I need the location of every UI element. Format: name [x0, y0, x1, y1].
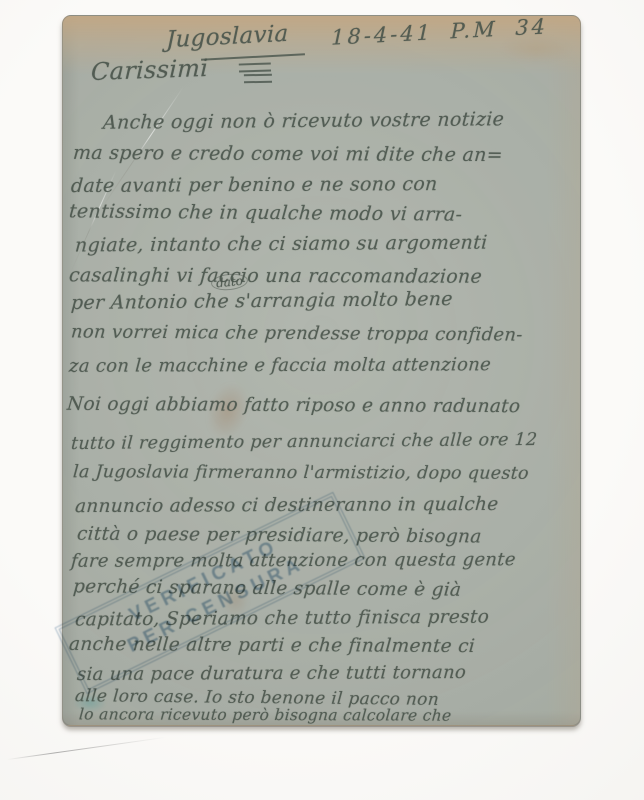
- date-value: 18-4-41: [331, 20, 433, 49]
- handwriting-line: non vorrei mica che prendesse troppa con…: [70, 322, 523, 345]
- handwriting-line: la Jugoslavia firmeranno l'armistizio, d…: [72, 463, 529, 484]
- place-name: Jugoslavia: [166, 21, 289, 53]
- scan-scratch-line: [7, 737, 166, 760]
- handwriting-line: ngiate, intanto che ci siamo su argoment…: [74, 233, 488, 257]
- double-dash-mark: [244, 74, 272, 88]
- handwriting-line: Noi oggi abbiamo fatto riposo e anno rad…: [66, 395, 521, 418]
- handwriting-line: date avanti per benino e ne sono con: [70, 174, 438, 197]
- handwriting-line: lo ancora ricevuto però bisogna calcolar…: [78, 706, 452, 724]
- handwriting-line: Anche oggi non ò ricevuto vostre notizie: [102, 109, 504, 133]
- field-post-number: P.M 34: [450, 14, 548, 43]
- handwriting-line: tentissimo che in qualche modo vi arra-: [68, 201, 463, 225]
- handwriting-line: tutto il reggimento per annunciarci che …: [70, 431, 538, 454]
- scan-background: Jugoslavia 18-4-41 P.M 34 Carissimi Anch…: [0, 0, 644, 800]
- postcard: Jugoslavia 18-4-41 P.M 34 Carissimi Anch…: [62, 15, 581, 726]
- salutation: Carissimi: [91, 54, 209, 86]
- handwriting-line: casalinghi vi faccio una raccomandazione: [68, 265, 483, 287]
- handwriting-line: za con le macchine e faccia molta attenz…: [68, 355, 491, 376]
- place-underline: [201, 53, 305, 60]
- handwriting-line: ma spero e credo come voi mi dite che an…: [72, 143, 503, 166]
- handwriting-line: per Antonio che s'arrangia molto bene: [70, 289, 453, 314]
